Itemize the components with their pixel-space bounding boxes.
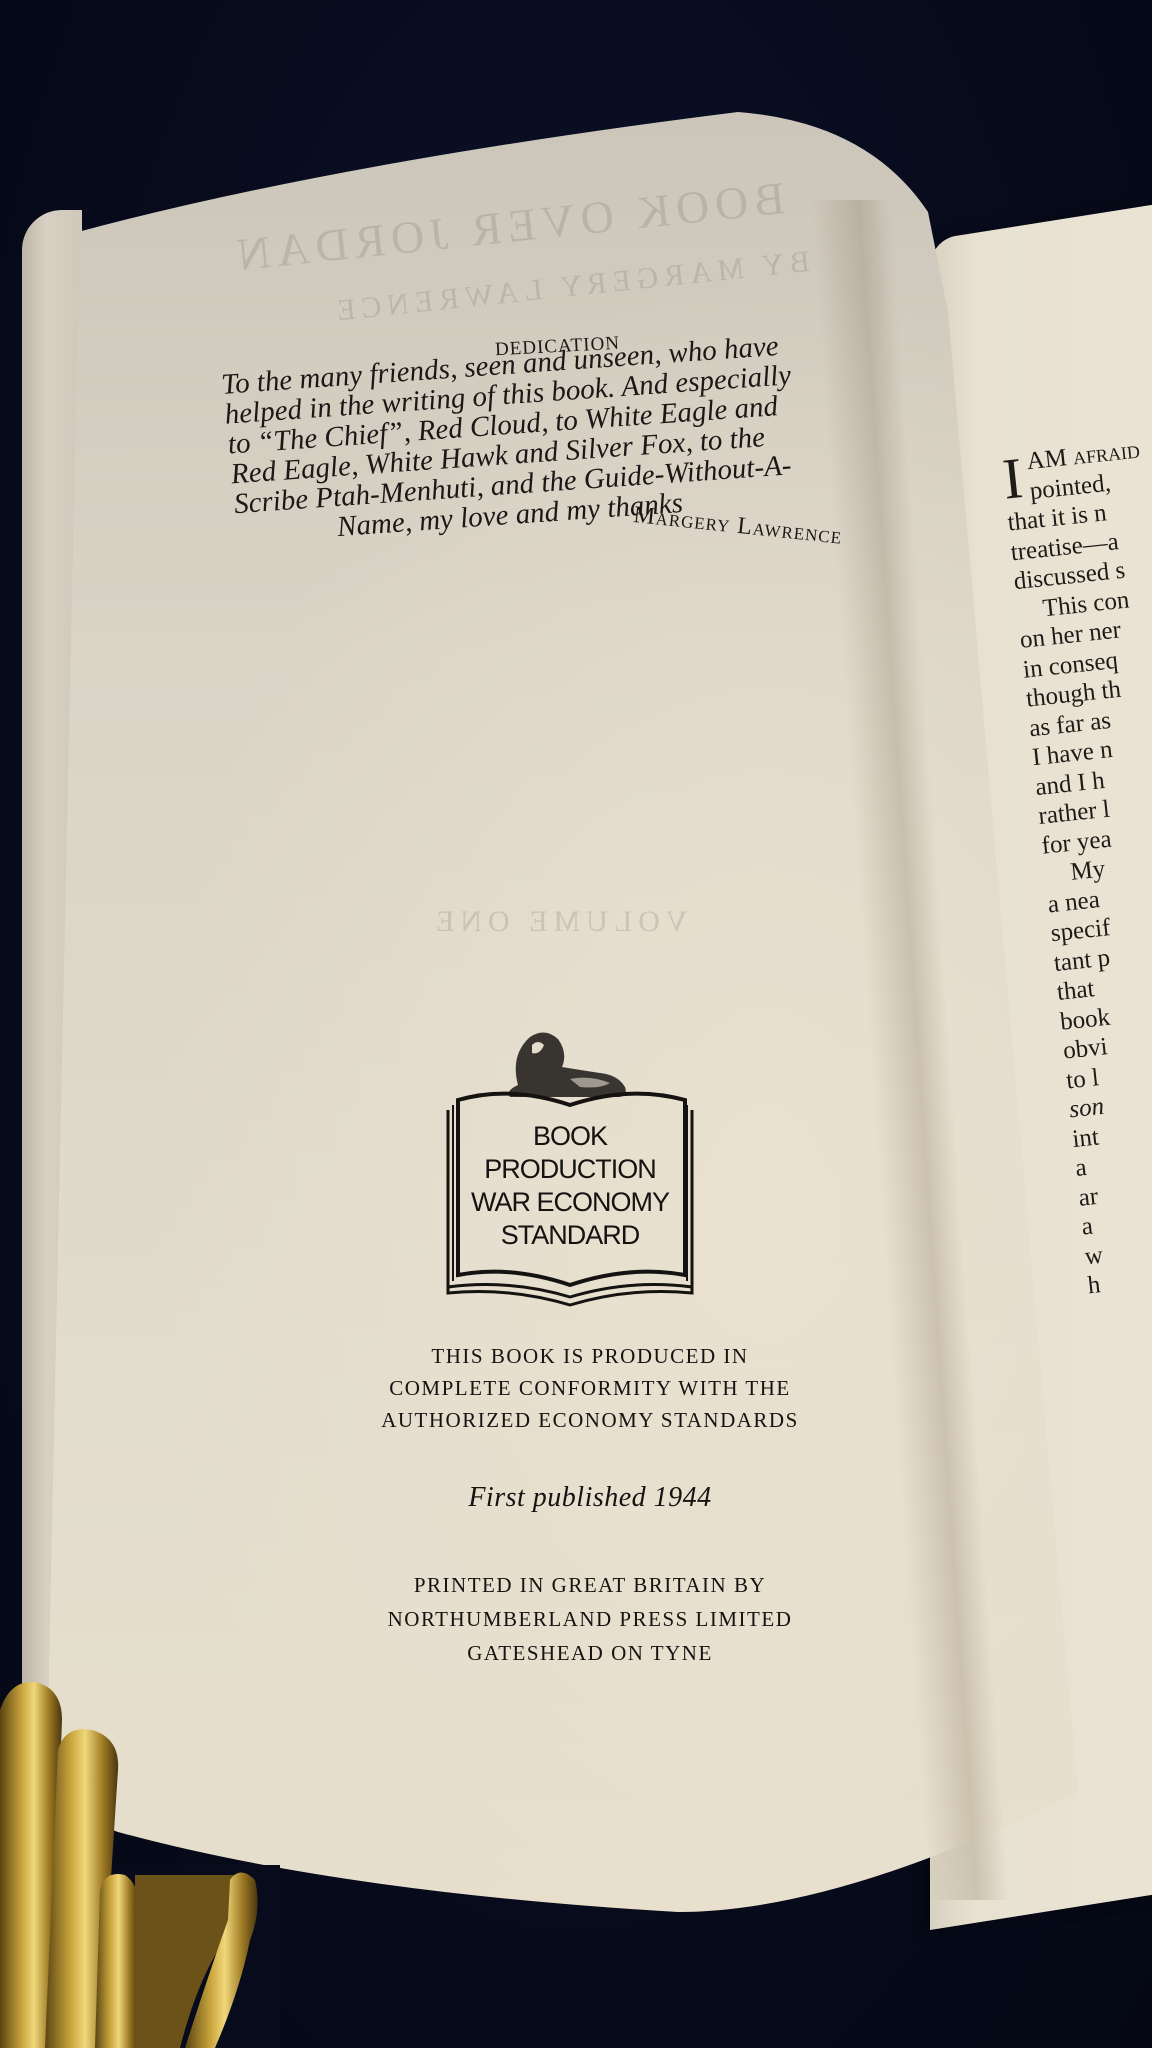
printer-imprint: PRINTED IN GREAT BRITAIN BY NORTHUMBERLA… — [360, 1568, 820, 1670]
photo-scene: BOOK OVER JORDAN BY MARGERY LAWRENCE VOL… — [0, 0, 1152, 2048]
war-economy-standard-logo: BOOK PRODUCTION WAR ECONOMY STANDARD — [440, 1025, 700, 1315]
logo-line: STANDARD — [440, 1219, 700, 1252]
conformity-line: AUTHORIZED ECONOMY STANDARDS — [360, 1404, 820, 1436]
printer-line: GATESHEAD ON TYNE — [360, 1636, 820, 1670]
bleed-through-volume: VOLUME ONE — [430, 905, 687, 939]
first-published: First published 1944 — [360, 1482, 820, 1514]
logo-text: BOOK PRODUCTION WAR ECONOMY STANDARD — [440, 1120, 700, 1252]
logo-line: PRODUCTION — [440, 1153, 700, 1186]
printer-line: PRINTED IN GREAT BRITAIN BY — [360, 1568, 820, 1602]
printer-line: NORTHUMBERLAND PRESS LIMITED — [360, 1602, 820, 1636]
conformity-statement: THIS BOOK IS PRODUCED IN COMPLETE CONFOR… — [360, 1340, 820, 1436]
logo-line: WAR ECONOMY — [440, 1186, 700, 1219]
brass-hand-bookend-icon — [0, 1670, 280, 2048]
logo-line: BOOK — [440, 1120, 700, 1153]
conformity-line: THIS BOOK IS PRODUCED IN — [360, 1340, 820, 1372]
conformity-line: COMPLETE CONFORMITY WITH THE — [360, 1372, 820, 1404]
